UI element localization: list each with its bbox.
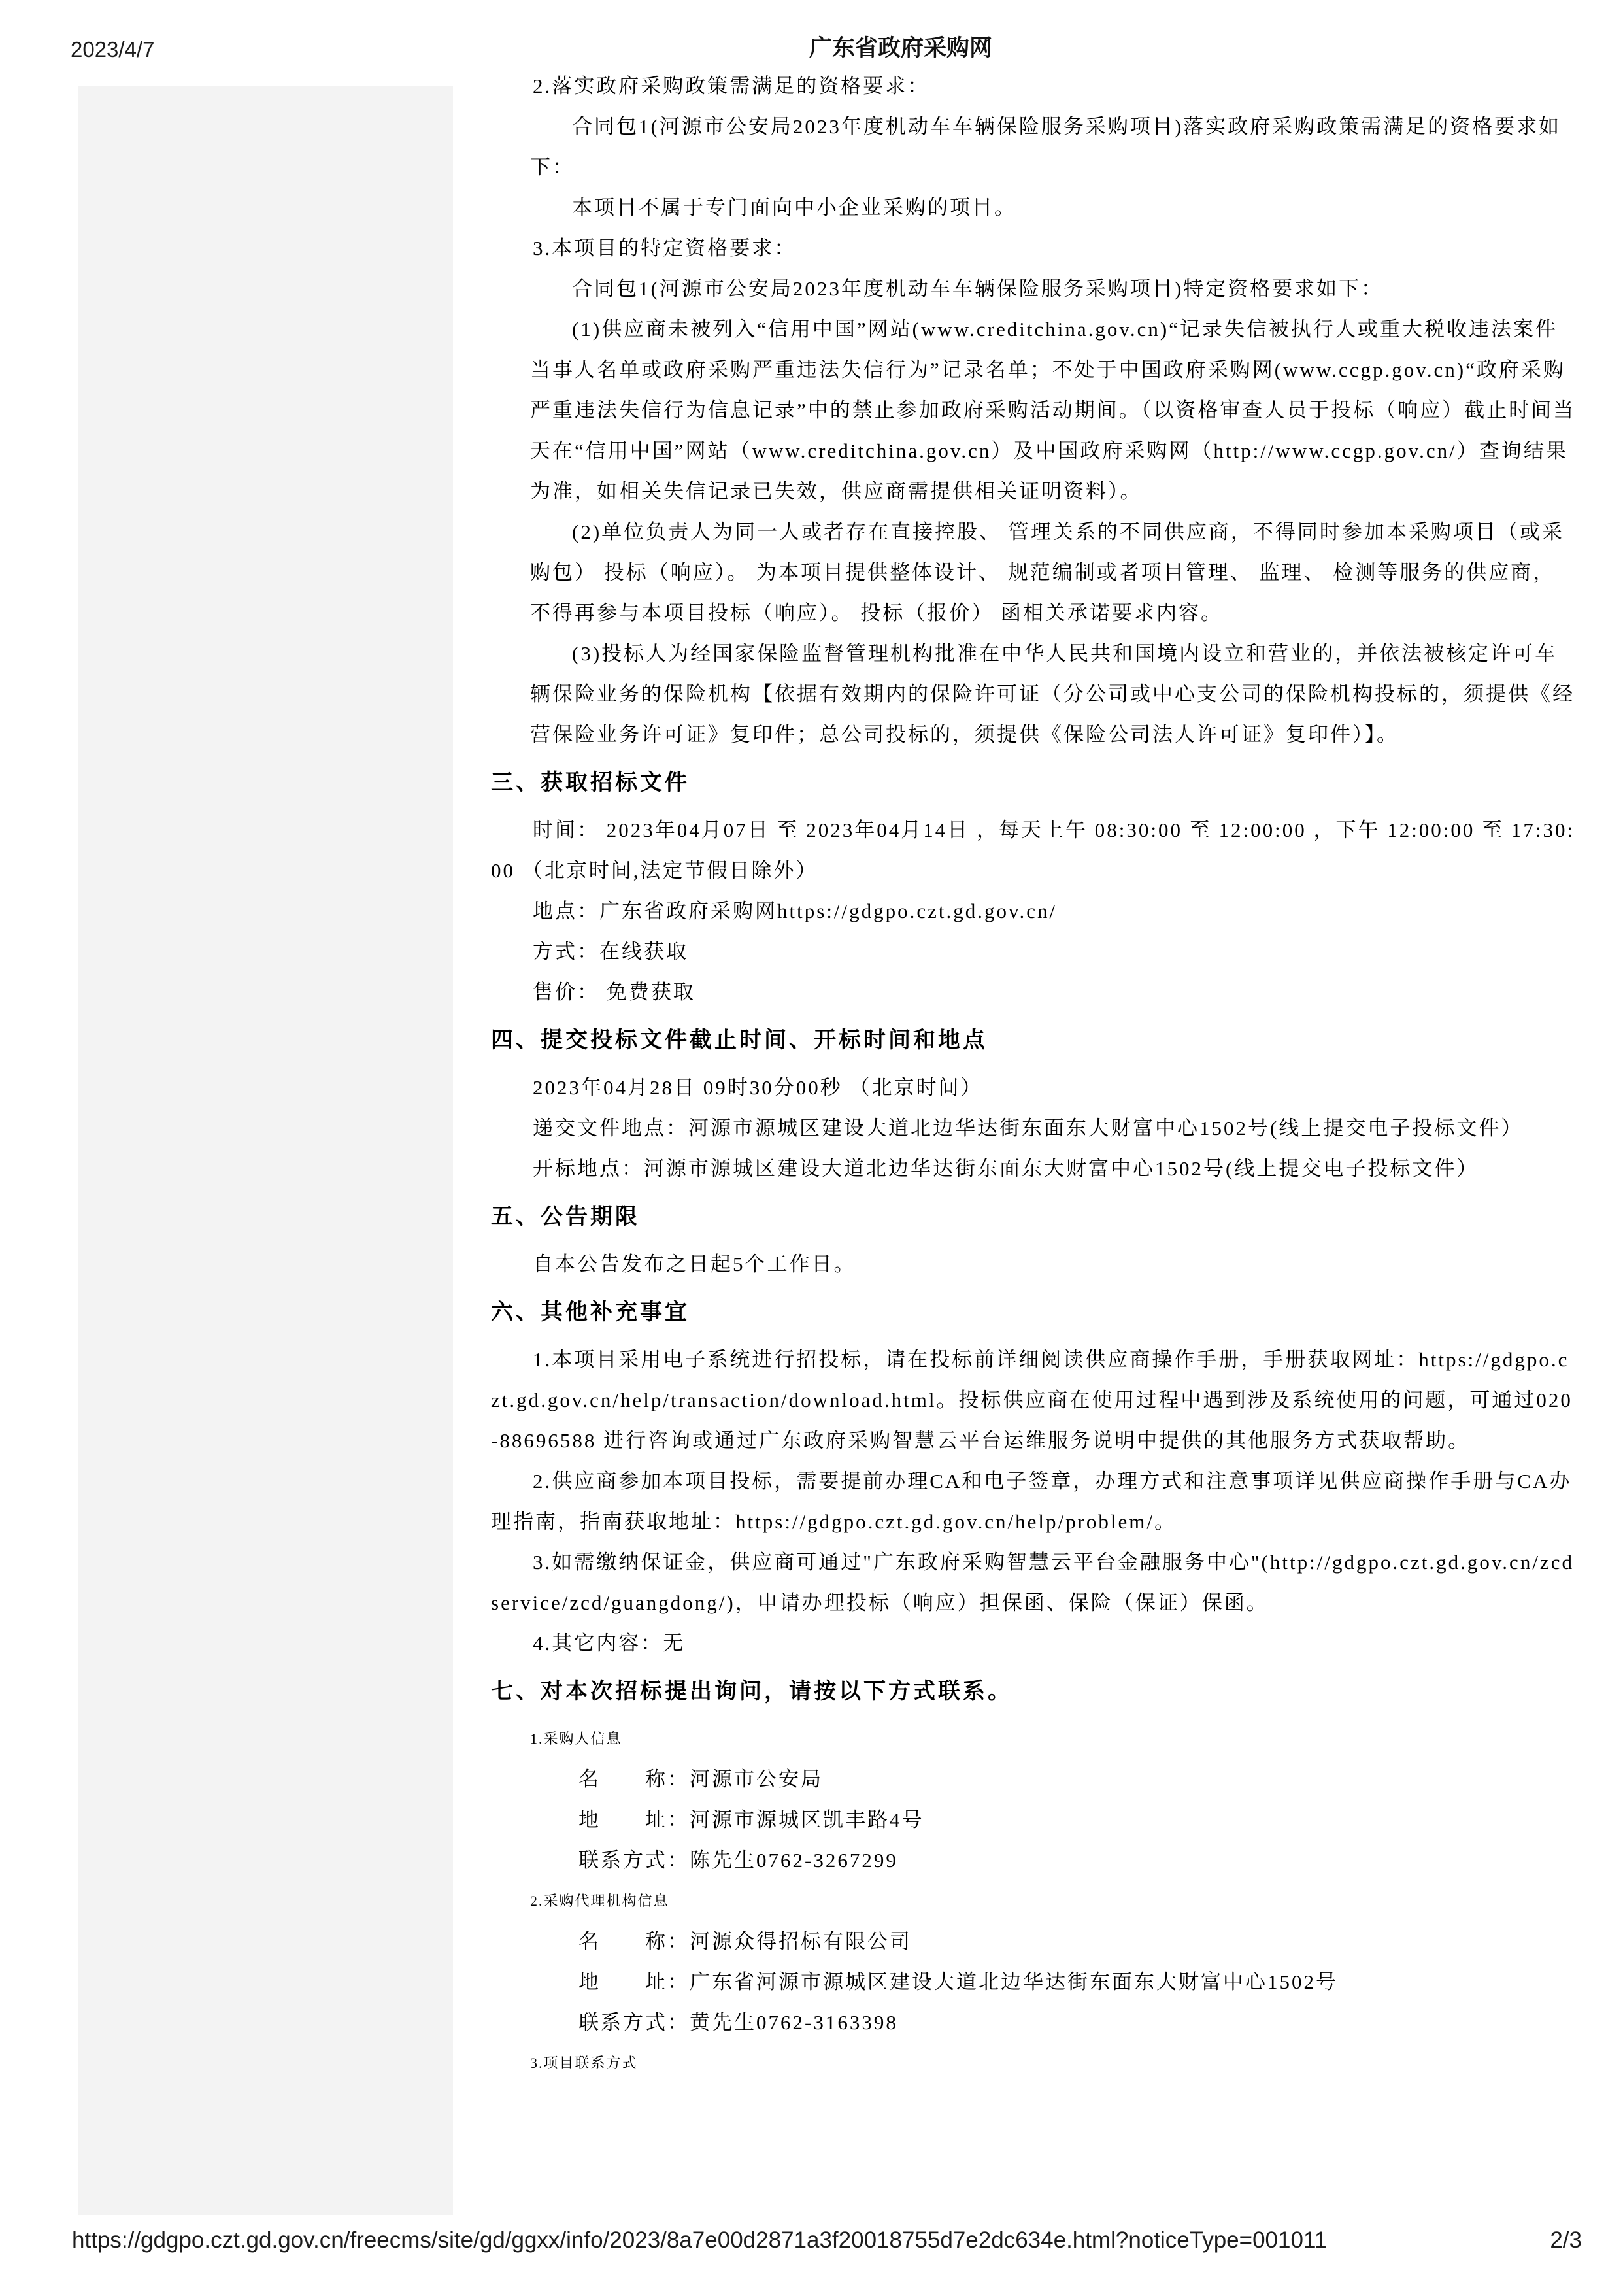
paragraph: (3)投标人为经国家保险监督管理机构批准在中华人民共和国境内设立和营业的，并依法… (530, 633, 1579, 755)
print-footer-page-indicator: 2/3 (1550, 2226, 1582, 2255)
paragraph: 时间： 2023年04月07日 至 2023年04月14日 ，每天上午 08:3… (491, 810, 1579, 891)
paragraph: 1.本项目采用电子系统进行招投标，请在投标前详细阅读供应商操作手册，手册获取网址… (491, 1340, 1579, 1461)
contact-detail-line: 联系方式：陈先生0762-3267299 (578, 1840, 1579, 1881)
sidebar-panel (78, 86, 453, 2215)
print-header-date: 2023/4/7 (71, 37, 154, 63)
print-footer-url: https://gdgpo.czt.gd.gov.cn/freecms/site… (72, 2226, 1327, 2255)
contact-detail-line: 名 称：河源市公安局 (578, 1759, 1579, 1800)
paragraph: 4.其它内容：无 (491, 1623, 1579, 1664)
contact-group-label: 1.采购人信息 (530, 1719, 1579, 1759)
paragraph: 开标地点：河源市源城区建设大道北边华达街东面东大财富中心1502号(线上提交电子… (491, 1149, 1579, 1189)
numbered-clause: 3.本项目的特定资格要求： (491, 228, 1579, 269)
paragraph: 自本公告发布之日起5个工作日。 (491, 1244, 1579, 1285)
paragraph: 2.供应商参加本项目投标，需要提前办理CA和电子签章，办理方式和注意事项详见供应… (491, 1461, 1579, 1542)
paragraph: 合同包1(河源市公安局2023年度机动车车辆保险服务采购项目)落实政府采购政策需… (530, 107, 1579, 188)
notice-document-body: 2.落实政府采购政策需满足的资格要求：合同包1(河源市公安局2023年度机动车车… (491, 66, 1579, 2084)
paragraph: 方式：在线获取 (491, 932, 1579, 972)
print-preview-page: { "header": { "date": "2023/4/7", "site_… (0, 0, 1623, 2296)
contact-detail-line: 名 称：河源众得招标有限公司 (578, 1921, 1579, 1962)
paragraph: 地点：广东省政府采购网https://gdgpo.czt.gd.gov.cn/ (491, 891, 1579, 932)
section-heading: 五、公告期限 (491, 1197, 1579, 1238)
paragraph: 售价： 免费获取 (491, 972, 1579, 1013)
contact-detail-line: 地 址：广东省河源市源城区建设大道北边华达街东面东大财富中心1502号 (578, 1962, 1579, 2002)
contact-group-label: 2.采购代理机构信息 (530, 1881, 1579, 1921)
paragraph: 合同包1(河源市公安局2023年度机动车车辆保险服务采购项目)特定资格要求如下： (530, 269, 1579, 309)
paragraph: (2)单位负责人为同一人或者存在直接控股、 管理关系的不同供应商，不得同时参加本… (530, 512, 1579, 633)
paragraph: 2023年04月28日 09时30分00秒 （北京时间） (491, 1068, 1579, 1108)
contact-group-label: 3.项目联系方式 (530, 2043, 1579, 2084)
paragraph: 3.如需缴纳保证金，供应商可通过"广东政府采购智慧云平台金融服务中心"(http… (491, 1542, 1579, 1623)
contact-detail-line: 联系方式：黄先生0762-3163398 (578, 2002, 1579, 2043)
section-heading: 四、提交投标文件截止时间、开标时间和地点 (491, 1021, 1579, 1061)
paragraph: 递交文件地点：河源市源城区建设大道北边华达街东面东大财富中心1502号(线上提交… (491, 1108, 1579, 1149)
paragraph: (1)供应商未被列入“信用中国”网站(www.creditchina.gov.c… (530, 309, 1579, 512)
print-header-site-title: 广东省政府采购网 (809, 35, 992, 62)
section-heading: 七、对本次招标提出询问，请按以下方式联系。 (491, 1672, 1579, 1712)
section-heading: 六、其他补充事宜 (491, 1292, 1579, 1333)
section-heading: 三、获取招标文件 (491, 763, 1579, 803)
contact-detail-line: 地 址：河源市源城区凯丰路4号 (578, 1800, 1579, 1840)
numbered-clause: 2.落实政府采购政策需满足的资格要求： (491, 66, 1579, 107)
paragraph: 本项目不属于专门面向中小企业采购的项目。 (530, 188, 1579, 228)
